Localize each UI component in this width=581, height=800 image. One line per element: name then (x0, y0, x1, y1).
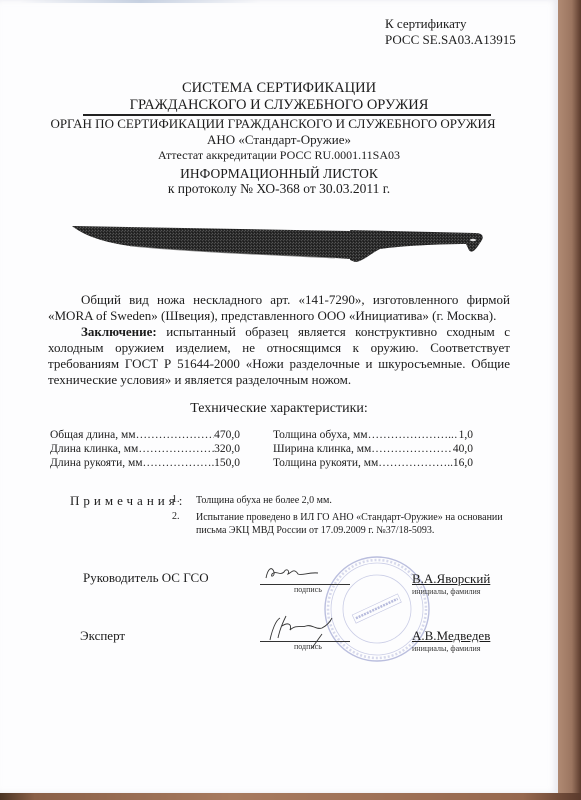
spec-row: Толщина рукояти, мм……………….......16,0 (273, 456, 473, 470)
document-page: К сертификату РОСС SE.SA03.A13915 СИСТЕМ… (0, 0, 558, 793)
spec-value: 1,0 (459, 428, 473, 442)
spec-row: Толщина обуха, мм…………………..……1,0 (273, 428, 473, 442)
background-surface-bottom (0, 793, 581, 800)
spec-label: Длина рукояти, мм (50, 456, 143, 470)
specs-left-column: Общая длина, мм………………………..470,0 Длина кл… (50, 428, 240, 470)
document-title: ИНФОРМАЦИОННЫЙ ЛИСТОК (0, 166, 558, 182)
spec-leader: …………………….... (371, 442, 453, 456)
signatory-name: А.В.Медведев (412, 628, 490, 644)
organization-name: АНО «Стандарт-Оружие» (0, 132, 558, 148)
accreditation-certificate: Аттестат аккредитации РОСС RU.0001.11SA0… (0, 148, 558, 163)
specs-title: Технические характеристики: (0, 401, 558, 417)
note-number: 2. (172, 511, 180, 522)
system-title-line2: ГРАЖДАНСКОГО И СЛУЖЕБНОГО ОРУЖИЯ (0, 97, 558, 114)
certificate-reference: К сертификату РОСС SE.SA03.A13915 (385, 16, 516, 48)
certificate-reference-label: К сертификату (385, 16, 516, 32)
spec-value: 150,0 (214, 456, 240, 470)
notes-label: Примечания: (70, 493, 186, 509)
spec-row: Длина рукояти, мм………………..…..150,0 (50, 456, 240, 470)
spec-row: Общая длина, мм………………………..470,0 (50, 428, 240, 442)
spec-leader: …………………..…… (368, 428, 459, 442)
knife-image (70, 222, 490, 262)
system-title-line1: СИСТЕМА СЕРТИФИКАЦИИ (0, 80, 558, 97)
signature-caption: подпись (294, 585, 322, 594)
spec-leader: ……………………….. (136, 428, 215, 442)
signature-caption: подпись (294, 642, 322, 651)
spec-value: 320,0 (214, 442, 240, 456)
spec-leader: ………………....... (378, 456, 453, 470)
certification-organ: ОРГАН ПО СЕРТИФИКАЦИИ ГРАЖДАНСКОГО И СЛУ… (0, 116, 552, 132)
spec-value: 16,0 (453, 456, 473, 470)
signature-scribble (262, 562, 322, 584)
note-number: 1. (172, 494, 180, 505)
spec-label: Толщина рукояти, мм (273, 456, 378, 470)
note-text: Испытание проведено в ИЛ ГО АНО «Стандар… (196, 511, 516, 537)
certificate-reference-number: РОСС SE.SA03.A13915 (385, 32, 516, 48)
signatory-name-caption: инициалы, фамилия (412, 644, 480, 653)
specs-right-column: Толщина обуха, мм…………………..……1,0 Ширина к… (273, 428, 473, 470)
paper-edge-shadow (20, 0, 260, 3)
spec-label: Толщина обуха, мм (273, 428, 368, 442)
spec-label: Общая длина, мм (50, 428, 136, 442)
signatory-role: Эксперт (80, 628, 125, 644)
note-text: Толщина обуха не более 2,0 мм. (196, 494, 516, 507)
spec-leader: ………………………. (138, 442, 214, 456)
spec-leader: ………………..….. (143, 456, 215, 470)
spec-label: Длина клинка, мм (50, 442, 138, 456)
conclusion-paragraph: Заключение: испытанный образец является … (48, 324, 510, 388)
spec-row: Ширина клинка, мм……………………....40,0 (273, 442, 473, 456)
conclusion-label: Заключение: (81, 324, 157, 339)
background-surface-right (558, 0, 581, 800)
spec-row: Длина клинка, мм……………………….320,0 (50, 442, 240, 456)
protocol-reference: к протоколу № ХО-368 от 30.03.2011 г. (0, 181, 558, 197)
product-description: Общий вид ножа нескладного арт. «141-729… (48, 292, 510, 324)
spec-label: Ширина клинка, мм (273, 442, 371, 456)
signatory-name-caption: инициалы, фамилия (412, 587, 480, 596)
signatory-name: В.А.Яворский (412, 571, 490, 587)
signatory-role: Руководитель ОС ГСО (83, 570, 209, 586)
spec-value: 470,0 (214, 428, 240, 442)
spec-value: 40,0 (453, 442, 473, 456)
